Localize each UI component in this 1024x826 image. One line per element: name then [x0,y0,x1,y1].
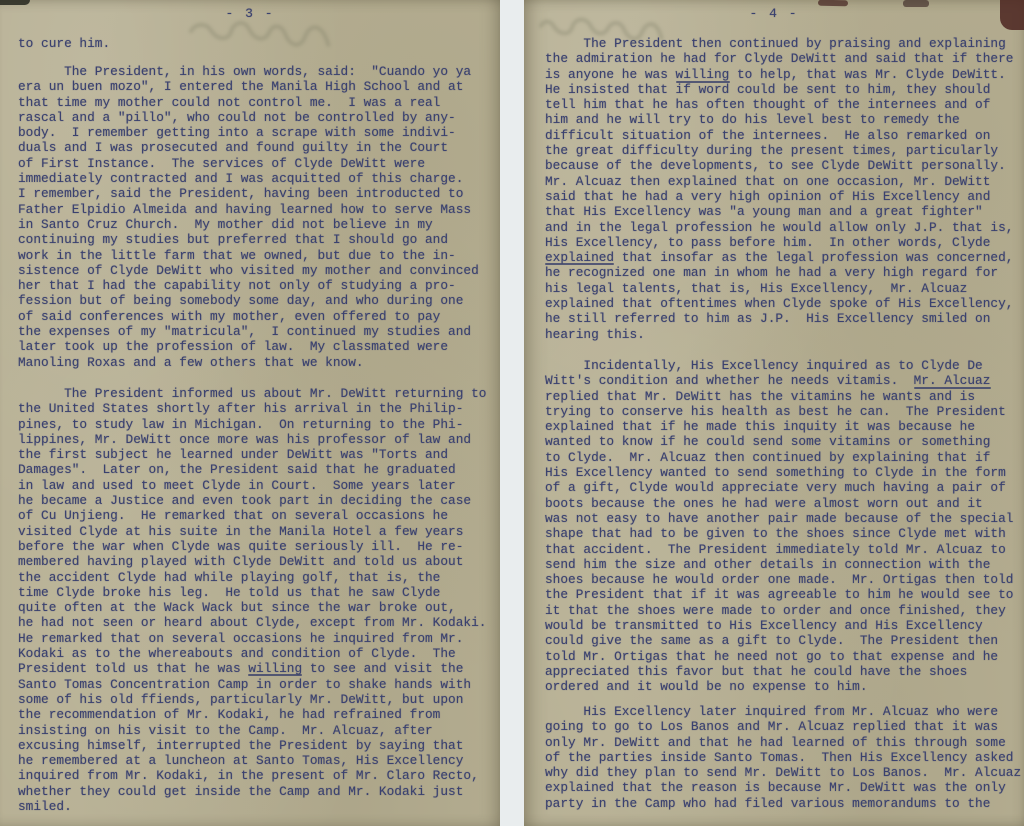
underline-mark [914,387,991,389]
underline-mark [248,674,302,676]
paragraph: The President then continued by praising… [545,36,1013,342]
document-scan: - 3 - to cure him. The President, in his… [0,0,1024,826]
paragraph: Incidentally, His Excellency inquired as… [545,358,1013,695]
page-number: - 4 - [524,6,1024,21]
page-4: - 4 - The President then continued by pr… [524,0,1024,826]
paragraph: His Excellency later inquired from Mr. A… [545,704,1021,811]
page-number: - 3 - [0,6,500,21]
paragraph: The President, in his own words, said: "… [18,64,479,370]
page-3: - 3 - to cure him. The President, in his… [0,0,500,826]
underline-mark [676,81,730,83]
carried-over-line: to cure him. [18,36,110,51]
underline-mark [545,263,614,265]
paragraph: The President informed us about Mr. DeWi… [18,386,486,814]
